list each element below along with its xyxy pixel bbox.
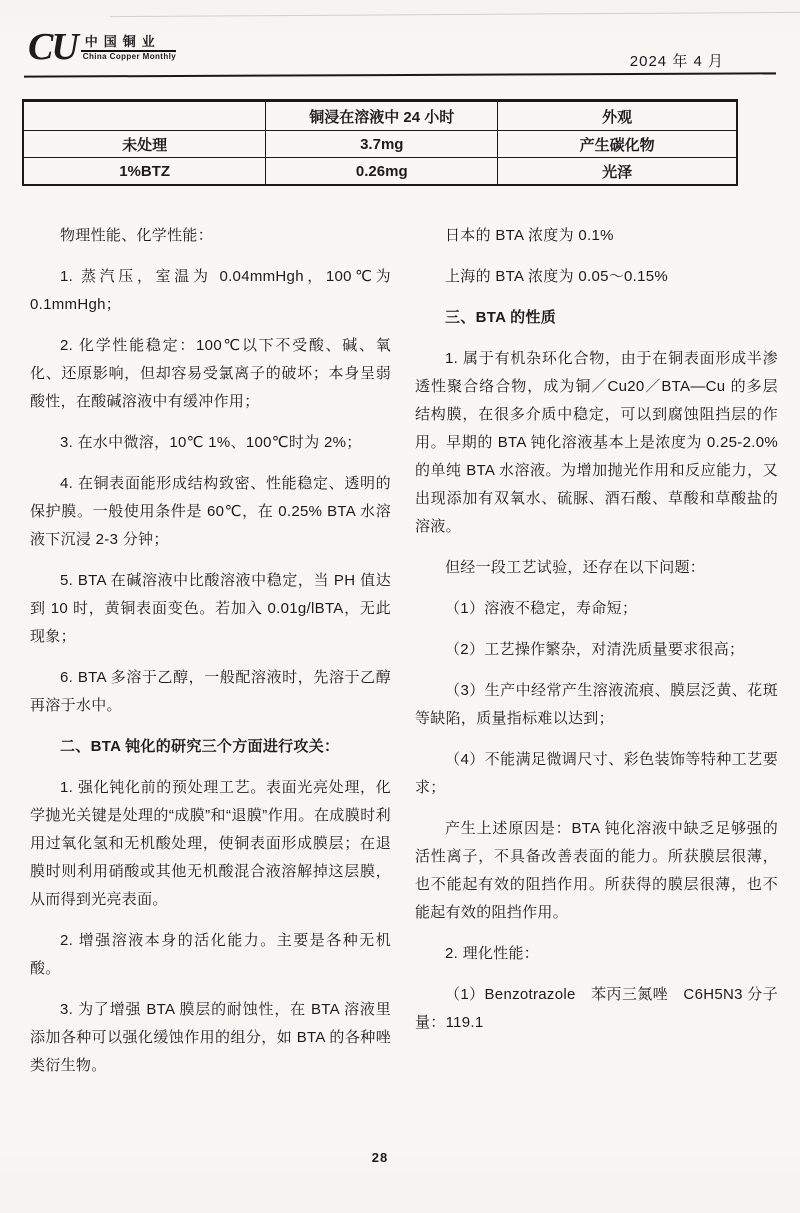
paragraph: 但经一段工艺试验，还存在以下问题： xyxy=(415,554,778,582)
paragraph: 1. 强化钝化前的预处理工艺。表面光亮处理，化学抛光关键是处理的“成膜”和“退膜… xyxy=(30,774,391,914)
table-cell: 0.26mg xyxy=(266,158,498,186)
paragraph: 3. 在水中微溶，10℃ 1%、100℃时为 2%； xyxy=(30,429,391,457)
section-heading: 二、BTA 钝化的研究三个方面进行攻关： xyxy=(30,733,391,761)
table-cell: 未处理 xyxy=(23,131,266,158)
article-body: 物理性能、化学性能： 1. 蒸汽压，室温为 0.04mmHgh，100℃为 0.… xyxy=(30,222,778,1093)
paragraph: 6. BTA 多溶于乙醇，一般配溶液时，先溶于乙醇再溶于水中。 xyxy=(30,664,391,720)
page-number: 28 xyxy=(0,1150,760,1165)
paragraph: 日本的 BTA 浓度为 0.1% xyxy=(415,222,778,250)
china-copper-logo: CU 中国铜业 China Copper Monthly xyxy=(28,30,176,64)
paragraph: （3）生产中经常产生溶液流痕、膜层泛黄、花斑等缺陷，质量指标难以达到； xyxy=(415,677,778,733)
table-header-cell xyxy=(23,101,266,131)
paragraph: 2. 理化性能： xyxy=(415,940,778,968)
table-cell: 3.7mg xyxy=(266,131,498,158)
results-table-wrap: 铜浸在溶液中 24 小时 外观 未处理 3.7mg 产生碳化物 1%BTZ 0.… xyxy=(22,99,738,186)
left-column: 物理性能、化学性能： 1. 蒸汽压，室温为 0.04mmHgh，100℃为 0.… xyxy=(30,222,391,1093)
logo-english-name: China Copper Monthly xyxy=(81,52,176,62)
logo-cu-icon: CU xyxy=(28,30,77,64)
issue-date: 2024 年 4 月 xyxy=(630,50,724,71)
paragraph: 产生上述原因是：BTA 钝化溶液中缺乏足够强的活性离子，不具备改善表面的能力。所… xyxy=(415,815,778,927)
table-header-cell: 铜浸在溶液中 24 小时 xyxy=(266,101,498,131)
table-row: 未处理 3.7mg 产生碳化物 xyxy=(23,131,737,158)
paragraph: 2. 增强溶液本身的活化能力。主要是各种无机酸。 xyxy=(30,927,391,983)
header-rule xyxy=(24,72,776,77)
paragraph: 1. 属于有机杂环化合物，由于在铜表面形成半渗透性聚合络合物，成为铜／Cu20／… xyxy=(415,345,778,541)
paragraph: 1. 蒸汽压，室温为 0.04mmHgh，100℃为 0.1mmHgh； xyxy=(30,263,391,319)
scanned-document-page: CU 中国铜业 China Copper Monthly 2024 年 4 月 … xyxy=(0,0,800,1213)
paragraph: 5. BTA 在碱溶液中比酸溶液中稳定，当 PH 值达到 10 时，黄铜表面变色… xyxy=(30,567,391,651)
table-cell: 光泽 xyxy=(498,158,737,186)
table-row: 1%BTZ 0.26mg 光泽 xyxy=(23,158,737,186)
paragraph: （1）溶液不稳定，寿命短； xyxy=(415,595,778,623)
paragraph: （4）不能满足微调尺寸、彩色装饰等特种工艺要求； xyxy=(415,746,778,802)
paragraph: 2. 化学性能稳定：100℃以下不受酸、碱、氧化、还原影响，但却容易受氯离子的破… xyxy=(30,332,391,416)
logo-text-block: 中国铜业 China Copper Monthly xyxy=(81,34,176,62)
paragraph: （1）Benzotrazole 苯丙三氮唑 C6H5N3 分子量：119.1 xyxy=(415,981,778,1037)
table-header-cell: 外观 xyxy=(498,101,737,131)
table-header-row: 铜浸在溶液中 24 小时 外观 xyxy=(23,101,737,131)
paragraph: 4. 在铜表面能形成结构致密、性能稳定、透明的保护膜。一般使用条件是 60℃，在… xyxy=(30,470,391,554)
paragraph: 物理性能、化学性能： xyxy=(30,222,391,250)
scan-artifact-line xyxy=(110,12,800,17)
page-header: CU 中国铜业 China Copper Monthly 2024 年 4 月 xyxy=(24,28,776,78)
logo-chinese-name: 中国铜业 xyxy=(81,34,176,52)
table-cell: 产生碳化物 xyxy=(498,131,737,158)
table-cell: 1%BTZ xyxy=(23,158,266,186)
paragraph: 3. 为了增强 BTA 膜层的耐蚀性，在 BTA 溶液里添加各种可以强化缓蚀作用… xyxy=(30,996,391,1080)
paragraph: 上海的 BTA 浓度为 0.05～0.15% xyxy=(415,263,778,291)
results-table: 铜浸在溶液中 24 小时 外观 未处理 3.7mg 产生碳化物 1%BTZ 0.… xyxy=(22,99,738,186)
right-column: 日本的 BTA 浓度为 0.1% 上海的 BTA 浓度为 0.05～0.15% … xyxy=(415,222,778,1093)
paragraph: （2）工艺操作繁杂，对清洗质量要求很高； xyxy=(415,636,778,664)
section-heading: 三、BTA 的性质 xyxy=(415,304,778,332)
